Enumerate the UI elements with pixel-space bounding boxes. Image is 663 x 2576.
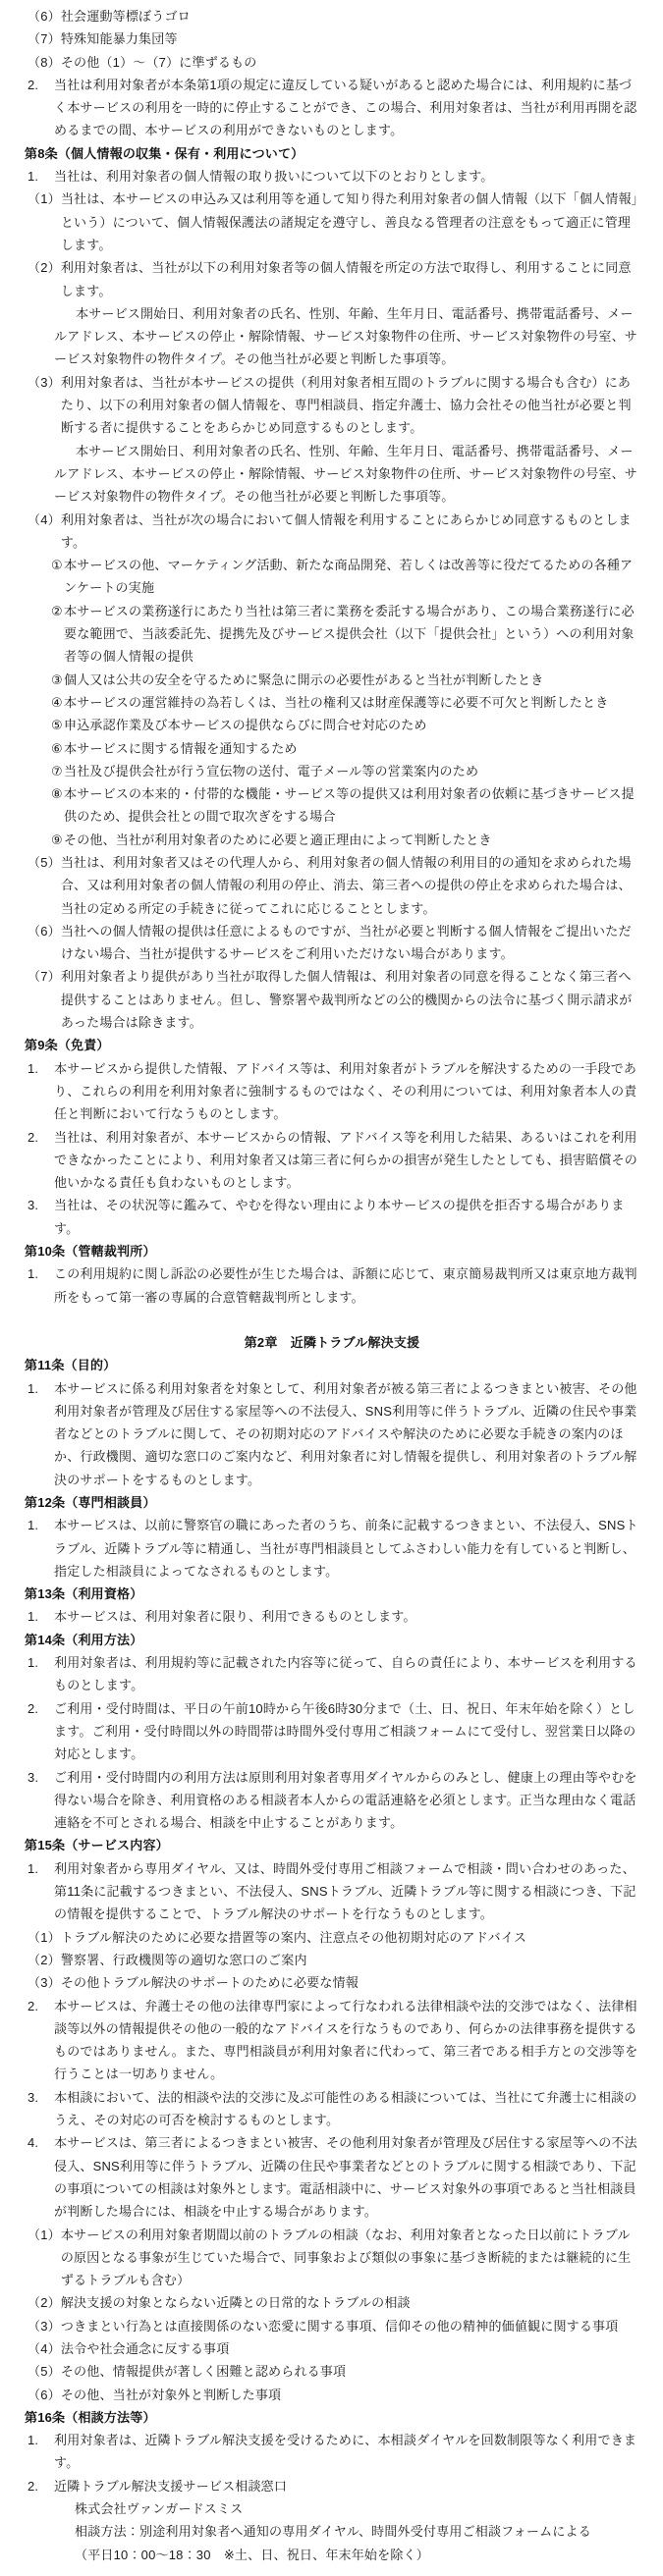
list-item-text: 利用対象者より提供があり当社が取得した個人情報は、利用対象者の同意を得ることなく… — [61, 965, 639, 1034]
list-marker: ⑦ — [51, 760, 64, 782]
circled-item: ⑥本サービスに関する情報を通知するため — [25, 737, 639, 760]
numbered-item: 1.利用対象者は、近隣トラブル解決支援を受けるために、本相談ダイヤルを回数制限等… — [25, 2429, 639, 2475]
list-marker: 2. — [28, 74, 54, 142]
numbered-item: 1.この利用規約に関し訴訟の必要性が生じた場合は、訴額に応じて、東京簡易裁判所又… — [25, 1262, 639, 1309]
numbered-item: 4.本サービスは、第三者によるつきまとい被害、その他利用対象者が管理及び居住する… — [25, 2131, 639, 2223]
list-item-text: 当社は、その状況等に鑑みて、やむを得ない理由により本サービスの提供を拒否する場合… — [54, 1194, 639, 1240]
list-item-text: 本サービスは、利用対象者に限り、利用できるものとします。 — [54, 1605, 639, 1628]
list-item-text: 本サービスに係る利用対象者を対象として、利用対象者が被る第三者によるつきまとい被… — [54, 1377, 639, 1491]
numbered-item: 2.当社は利用対象者が本条第1項の規定に違反している疑いがあると認めた場合には、… — [25, 74, 639, 142]
numbered-item: 1.本サービスは、利用対象者に限り、利用できるものとします。 — [25, 1605, 639, 1628]
list-marker: 1. — [28, 165, 54, 188]
list-marker: ⑥ — [51, 737, 64, 760]
list-marker: 2. — [28, 1697, 54, 1766]
list-item-text: 法令や社会通念に反する事項 — [61, 2337, 639, 2360]
list-marker: 1. — [28, 1514, 54, 1583]
list-marker: （6） — [28, 2384, 61, 2406]
list-item-text: その他（1）～（7）に準ずるもの — [61, 51, 639, 74]
list-item-text: その他、情報提供が著しく困難と認められる事項 — [61, 2360, 639, 2383]
paren-item: （1）本サービスの利用対象者期間以前のトラブルの相談（なお、利用対象者となった日… — [25, 2224, 639, 2292]
paren-item: （2）警察署、行政機関等の適切な窓口のご案内 — [25, 1949, 639, 1971]
list-item-text: 個人又は公共の安全を守るために緊急に開示の必要性があると当社が判断したとき — [64, 669, 639, 691]
paren-item: （2）利用対象者は、当社が以下の利用対象者等の個人情報を所定の方法で取得し、利用… — [25, 256, 639, 302]
numbered-item: 3.本相談において、法的相談や法的交渉に及ぶ可能性のある相談については、当社にて… — [25, 2086, 639, 2132]
list-item-text: 利用対象者は、当社が次の場合において個人情報を利用することにあらかじめ同意するも… — [61, 509, 639, 555]
list-item-text: 近隣トラブル解決支援サービス相談窓口 — [54, 2475, 639, 2497]
list-item-text: 当社及び提供会社が行う宣伝物の送付、電子メール等の営業案内のため — [64, 760, 639, 782]
list-item-text: 当社への個人情報の提供は任意によるものですが、当社が必要と判断する個人情報をご提… — [61, 920, 639, 966]
numbered-item: 1.本サービスに係る利用対象者を対象として、利用対象者が被る第三者によるつきまと… — [25, 1377, 639, 1491]
article-heading: 第13条（利用資格） — [25, 1583, 639, 1605]
list-marker: （2） — [28, 256, 61, 302]
article-heading: 第15条（サービス内容） — [25, 1834, 639, 1856]
paren-item: （1）トラブル解決のために必要な措置等の案内、注意点その他初期対応のアドバイス — [25, 1926, 639, 1949]
list-item-text: トラブル解決のために必要な措置等の案内、注意点その他初期対応のアドバイス — [61, 1926, 639, 1949]
plain-paragraph: 相談方法：別途利用対象者へ通知の専用ダイヤル、時間外受付専用ご相談フォームによる — [25, 2520, 639, 2543]
list-item-text: 利用対象者は、当社が本サービスの提供（利用対象者相互間のトラブルに関する場合も含… — [61, 371, 639, 440]
list-marker: （4） — [28, 509, 61, 555]
list-item-text: ご利用・受付時間は、平日の午前10時から午後6時30分まで（土、日、祝日、年末年… — [54, 1697, 639, 1766]
list-marker: （3） — [28, 2315, 61, 2337]
list-item-text: 利用対象者は、当社が以下の利用対象者等の個人情報を所定の方法で取得し、利用するこ… — [61, 256, 639, 302]
paren-item: （2）解決支援の対象とならない近隣との日常的なトラブルの相談 — [25, 2291, 639, 2314]
list-marker: ⑤ — [51, 714, 64, 736]
numbered-item: 3.ご利用・受付時間内の利用方法は原則利用対象者専用ダイヤルからのみとし、健康上… — [25, 1766, 639, 1835]
list-item-text: 当社は、利用対象者の個人情報の取り扱いについて以下のとおりとします。 — [54, 165, 639, 188]
circled-item: ④本サービスの運営維持の為若しくは、当社の権利又は財産保護等に必要不可欠と判断し… — [25, 691, 639, 714]
numbered-item: 1.利用対象者から専用ダイヤル、又は、時間外受付専用ご相談フォームで相談・問い合… — [25, 1857, 639, 1926]
list-marker: ⑨ — [51, 829, 64, 851]
list-marker: 3. — [28, 1194, 54, 1240]
paren-item: （7）利用対象者より提供があり当社が取得した個人情報は、利用対象者の同意を得るこ… — [25, 965, 639, 1034]
article-heading: 第10条（管轄裁判所） — [25, 1240, 639, 1262]
list-marker: 4. — [28, 2131, 54, 2223]
list-marker: 1. — [28, 1857, 54, 1926]
circled-item: ③個人又は公共の安全を守るために緊急に開示の必要性があると当社が判断したとき — [25, 669, 639, 691]
list-marker: （4） — [28, 2337, 61, 2360]
paren-item: （5）その他、情報提供が著しく困難と認められる事項 — [25, 2360, 639, 2383]
list-marker: （1） — [28, 2224, 61, 2292]
list-item-text: つきまとい行為とは直接関係のない恋愛に関する事項、信仰その他の精神的価値観に関す… — [61, 2315, 639, 2337]
list-marker: 3. — [28, 2086, 54, 2132]
paren-item: （3）つきまとい行為とは直接関係のない恋愛に関する事項、信仰その他の精神的価値観… — [25, 2315, 639, 2337]
list-marker: 1. — [28, 1605, 54, 1628]
plain-paragraph: （平日10：00～18：30 ※土、日、祝日、年末年始を除く） — [25, 2544, 639, 2566]
list-item-text: 解決支援の対象とならない近隣との日常的なトラブルの相談 — [61, 2291, 639, 2314]
article-heading: 第12条（専門相談員） — [25, 1491, 639, 1514]
indented-paragraph: 本サービス開始日、利用対象者の氏名、性別、年齢、生年月日、電話番号、携帯電話番号… — [25, 440, 639, 509]
numbered-item: 1.利用対象者は、利用規約等に記載された内容等に従って、自らの責任により、本サー… — [25, 1651, 639, 1697]
list-item-text: 利用対象者は、利用規約等に記載された内容等に従って、自らの責任により、本サービス… — [54, 1651, 639, 1697]
list-item-text: 当社は、利用対象者が、本サービスからの情報、アドバイス等を利用した結果、あるいは… — [54, 1126, 639, 1195]
paren-item: （3）その他トラブル解決のサポートのために必要な情報 — [25, 1971, 639, 1994]
list-item-text: 本サービスの本来的・付帯的な機能・サービス等の提供又は利用対象者の依頼に基づきサ… — [64, 782, 639, 829]
list-marker: （7） — [28, 965, 61, 1034]
list-item-text: 当社は、利用対象者又はその代理人から、利用対象者の個人情報の利用目的の通知を求め… — [61, 851, 639, 920]
paren-item: （3）利用対象者は、当社が本サービスの提供（利用対象者相互間のトラブルに関する場… — [25, 371, 639, 440]
paren-item: （6）その他、当社が対象外と判断した事項 — [25, 2384, 639, 2406]
list-marker: 2. — [28, 1126, 54, 1195]
circled-item: ⑧本サービスの本来的・付帯的な機能・サービス等の提供又は利用対象者の依頼に基づき… — [25, 782, 639, 829]
list-item-text: 当社は利用対象者が本条第1項の規定に違反している疑いがあると認めた場合には、利用… — [54, 74, 639, 142]
list-marker: ② — [51, 600, 64, 669]
article-heading: 第11条（目的） — [25, 1354, 639, 1376]
paren-item: （4）利用対象者は、当社が次の場合において個人情報を利用することにあらかじめ同意… — [25, 509, 639, 555]
list-item-text: 本サービスは、弁護士その他の法律専門家によって行なわれる法律相談や法的交渉ではな… — [54, 1995, 639, 2086]
list-marker: （5） — [28, 851, 61, 920]
list-marker: （7） — [28, 27, 61, 50]
list-item-text: 社会運動等標ぼうゴロ — [61, 5, 639, 27]
list-marker: （3） — [28, 1971, 61, 1994]
list-marker: ⑧ — [51, 782, 64, 829]
list-item-text: 警察署、行政機関等の適切な窓口のご案内 — [61, 1949, 639, 1971]
list-item-text: その他、当社が利用対象者のために必要と適正理由によって判断したとき — [64, 829, 639, 851]
circled-item: ⑤申込承認作業及び本サービスの提供ならびに問合せ対応のため — [25, 714, 639, 736]
document-body: （6）社会運動等標ぼうゴロ（7）特殊知能暴力集団等（8）その他（1）～（7）に準… — [25, 5, 639, 2566]
paren-item: （1）当社は、本サービスの申込み又は利用等を通して知り得た利用対象者の個人情報（… — [25, 188, 639, 256]
list-marker: 3. — [28, 1766, 54, 1835]
list-marker: 1. — [28, 2429, 54, 2475]
paren-item: （7）特殊知能暴力集団等 — [25, 27, 639, 50]
list-marker: （6） — [28, 5, 61, 27]
list-item-text: この利用規約に関し訴訟の必要性が生じた場合は、訴額に応じて、東京簡易裁判所又は東… — [54, 1262, 639, 1309]
article-heading: 第14条（利用方法） — [25, 1629, 639, 1651]
list-item-text: 利用対象者は、近隣トラブル解決支援を受けるために、本相談ダイヤルを回数制限等なく… — [54, 2429, 639, 2475]
article-heading: 第9条（免責） — [25, 1034, 639, 1056]
list-marker: 1. — [28, 1651, 54, 1697]
list-item-text: 申込承認作業及び本サービスの提供ならびに問合せ対応のため — [64, 714, 639, 736]
list-item-text: 本相談において、法的相談や法的交渉に及ぶ可能性のある相談については、当社にて弁護… — [54, 2086, 639, 2132]
list-item-text: 本サービスの他、マーケティング活動、新たな商品開発、若しくは改善等に役だてるため… — [64, 554, 639, 600]
list-item-text: その他、当社が対象外と判断した事項 — [61, 2384, 639, 2406]
list-marker: 1. — [28, 1262, 54, 1309]
list-marker: 1. — [28, 1057, 54, 1126]
numbered-item: 1.本サービスは、以前に警察官の職にあった者のうち、前条に記載するつきまとい、不… — [25, 1514, 639, 1583]
list-item-text: 本サービスは、以前に警察官の職にあった者のうち、前条に記載するつきまとい、不法侵… — [54, 1514, 639, 1583]
list-item-text: 本サービスから提供した情報、アドバイス等は、利用対象者がトラブルを解決するための… — [54, 1057, 639, 1126]
article-heading: 第8条（個人情報の収集・保有・利用について） — [25, 142, 639, 165]
document-page: （6）社会運動等標ぼうゴロ（7）特殊知能暴力集団等（8）その他（1）～（7）に準… — [0, 0, 663, 2576]
list-marker: 2. — [28, 1995, 54, 2086]
circled-item: ⑨その他、当社が利用対象者のために必要と適正理由によって判断したとき — [25, 829, 639, 851]
numbered-item: 2.当社は、利用対象者が、本サービスからの情報、アドバイス等を利用した結果、ある… — [25, 1126, 639, 1195]
numbered-item: 2.ご利用・受付時間は、平日の午前10時から午後6時30分まで（土、日、祝日、年… — [25, 1697, 639, 1766]
list-item-text: 本サービスは、第三者によるつきまとい被害、その他利用対象者が管理及び居住する家屋… — [54, 2131, 639, 2223]
numbered-item: 2.近隣トラブル解決支援サービス相談窓口 — [25, 2475, 639, 2497]
list-marker: （5） — [28, 2360, 61, 2383]
list-item-text: 本サービスの運営維持の為若しくは、当社の権利又は財産保護等に必要不可欠と判断した… — [64, 691, 639, 714]
chapter-heading: 第2章 近隣トラブル解決支援 — [25, 1331, 639, 1354]
list-marker: ① — [51, 554, 64, 600]
paren-item: （6）社会運動等標ぼうゴロ — [25, 5, 639, 27]
list-marker: （1） — [28, 1926, 61, 1949]
paren-item: （4）法令や社会通念に反する事項 — [25, 2337, 639, 2360]
list-item-text: 本サービスの利用対象者期間以前のトラブルの相談（なお、利用対象者となった日以前に… — [61, 2224, 639, 2292]
list-marker: ③ — [51, 669, 64, 691]
list-marker: （3） — [28, 371, 61, 440]
circled-item: ②本サービスの業務遂行にあたり当社は第三者に業務を委託する場合があり、この場合業… — [25, 600, 639, 669]
list-item-text: 利用対象者から専用ダイヤル、又は、時間外受付専用ご相談フォームで相談・問い合わせ… — [54, 1857, 639, 1926]
circled-item: ①本サービスの他、マーケティング活動、新たな商品開発、若しくは改善等に役だてるた… — [25, 554, 639, 600]
list-marker: （2） — [28, 2291, 61, 2314]
list-marker: （2） — [28, 1949, 61, 1971]
list-marker: （8） — [28, 51, 61, 74]
numbered-item: 3.当社は、その状況等に鑑みて、やむを得ない理由により本サービスの提供を拒否する… — [25, 1194, 639, 1240]
list-marker: （6） — [28, 920, 61, 966]
paren-item: （6）当社への個人情報の提供は任意によるものですが、当社が必要と判断する個人情報… — [25, 920, 639, 966]
list-item-text: 本サービスの業務遂行にあたり当社は第三者に業務を委託する場合があり、この場合業務… — [64, 600, 639, 669]
list-item-text: 当社は、本サービスの申込み又は利用等を通して知り得た利用対象者の個人情報（以下「… — [61, 188, 639, 256]
numbered-item: 1.本サービスから提供した情報、アドバイス等は、利用対象者がトラブルを解決するた… — [25, 1057, 639, 1126]
numbered-item: 1.当社は、利用対象者の個人情報の取り扱いについて以下のとおりとします。 — [25, 165, 639, 188]
list-marker: 2. — [28, 2475, 54, 2497]
circled-item: ⑦当社及び提供会社が行う宣伝物の送付、電子メール等の営業案内のため — [25, 760, 639, 782]
plain-paragraph: 株式会社ヴァンガードスミス — [25, 2497, 639, 2520]
paren-item: （8）その他（1）～（7）に準ずるもの — [25, 51, 639, 74]
list-marker: 1. — [28, 1377, 54, 1491]
list-marker: （1） — [28, 188, 61, 256]
list-item-text: 特殊知能暴力集団等 — [61, 27, 639, 50]
list-item-text: その他トラブル解決のサポートのために必要な情報 — [61, 1971, 639, 1994]
article-heading: 第16条（相談方法等） — [25, 2406, 639, 2429]
paren-item: （5）当社は、利用対象者又はその代理人から、利用対象者の個人情報の利用目的の通知… — [25, 851, 639, 920]
indented-paragraph: 本サービス開始日、利用対象者の氏名、性別、年齢、生年月日、電話番号、携帯電話番号… — [25, 302, 639, 371]
list-item-text: ご利用・受付時間内の利用方法は原則利用対象者専用ダイヤルからのみとし、健康上の理… — [54, 1766, 639, 1835]
numbered-item: 2.本サービスは、弁護士その他の法律専門家によって行なわれる法律相談や法的交渉で… — [25, 1995, 639, 2086]
list-item-text: 本サービスに関する情報を通知するため — [64, 737, 639, 760]
list-marker: ④ — [51, 691, 64, 714]
